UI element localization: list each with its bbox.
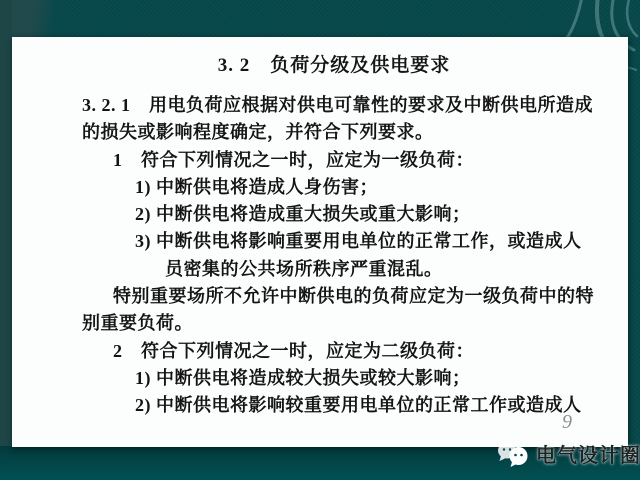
text-line: 1 符合下列情况之一时，应定为一级负荷： [82,147,574,174]
text-line: 1) 中断供电将造成人身伤害； [82,174,574,201]
text-line: 2 符合下列情况之一时，应定为二级负荷： [82,338,574,365]
text-line: 1) 中断供电将造成较大损失或较大影响； [82,365,574,392]
text-line: 别重要负荷。 [82,310,574,337]
section-title: 3. 2 负荷分级及供电要求 [26,50,640,77]
document-body: 3. 2. 1 用电负荷应根据对供电可靠性的要求及中断供电所造成 的损失或影响程… [82,92,574,420]
text-line: 3) 中断供电将影响重要用电单位的正常工作，或造成人 [82,228,574,255]
text-line: 2) 中断供电将造成重大损失或重大影响； [82,201,574,228]
background-left-strip [0,0,12,480]
document-page: 3. 2 负荷分级及供电要求 3. 2. 1 用电负荷应根据对供电可靠性的要求及… [12,37,628,447]
text-line: 员密集的公共场所秩序严重混乱。 [82,256,574,283]
text-line: 3. 2. 1 用电负荷应根据对供电可靠性的要求及中断供电所造成 [82,92,574,119]
page-number: 9 [562,411,572,434]
watermark: 电气设计圈 [497,439,640,468]
text-line: 的损失或影响程度确定，并符合下列要求。 [82,119,574,146]
text-line: 2) 中断供电将影响较重要用电单位的正常工作或造成人 [82,392,574,419]
wechat-icon [497,440,531,468]
text-line: 特别重要场所不允许中断供电的负荷应定为一级负荷中的特 [82,283,574,310]
watermark-label: 电气设计圈 [536,439,640,468]
